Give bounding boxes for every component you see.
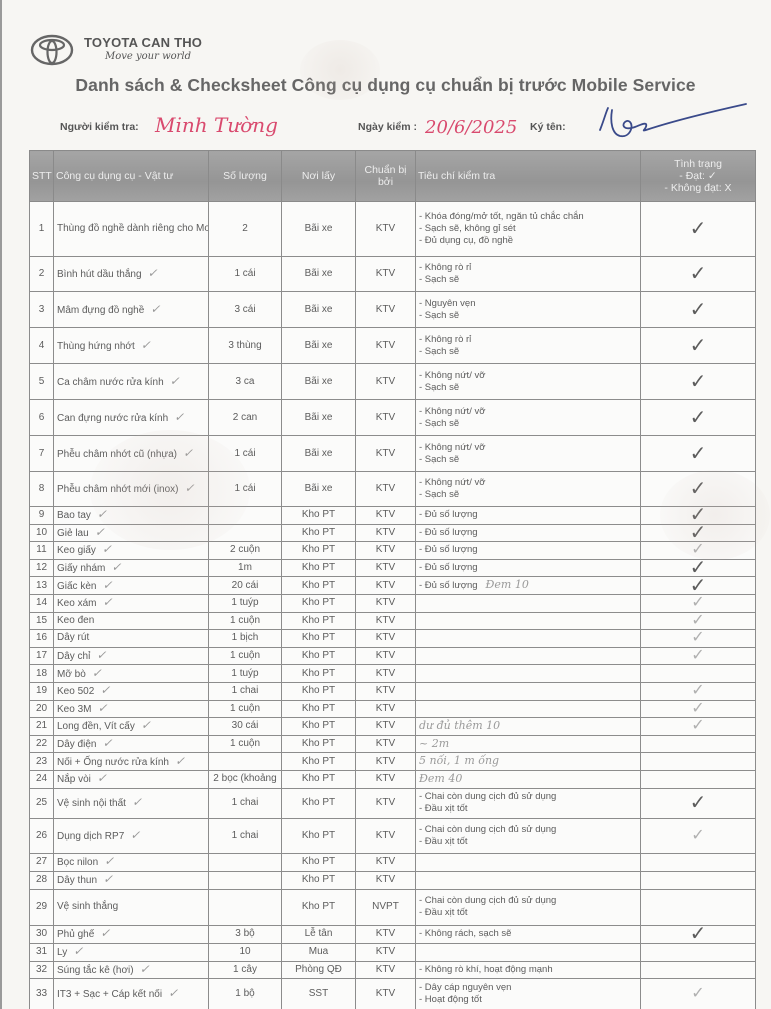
row-quantity: 1 bịch [209, 630, 282, 648]
row-status: ✓ [641, 328, 756, 364]
row-criteria [416, 665, 641, 683]
status-check-icon: ✓ [690, 524, 707, 542]
row-stt: 7 [30, 436, 54, 472]
table-row: 19Keo 502✓1 chaiKho PTKTV✓ [30, 682, 756, 700]
signature-label: Ký tên: [530, 121, 566, 133]
status-check-icon: ✓ [690, 925, 707, 943]
col-header-qty: Số lượng [209, 151, 282, 202]
row-source: Bãi xe [282, 472, 356, 507]
status-check-icon: ✓ [690, 263, 707, 285]
tool-name-text: Bình hút dầu thắng [57, 269, 142, 280]
row-stt: 27 [30, 853, 54, 871]
toyota-logo-icon [30, 34, 74, 66]
date-value: 20/6/2025 [425, 117, 517, 138]
handwritten-check-icon: ✓ [168, 986, 178, 1000]
row-prepared-by: KTV [356, 400, 416, 436]
row-criteria [416, 871, 641, 889]
signature-mark [590, 100, 750, 142]
tool-name-text: Phễu châm nhớt cũ (nhựa) [57, 449, 177, 460]
handwritten-check-icon: ✓ [150, 302, 160, 316]
row-quantity: 1 chai [209, 818, 282, 853]
tool-name-text: Ca châm nước rửa kính [57, 377, 164, 388]
handwritten-check-icon: ✓ [102, 736, 112, 750]
col-header-prepared-by: Chuẩn bị bởi [356, 151, 416, 202]
handwritten-check-icon: ✓ [100, 683, 110, 697]
row-stt: 22 [30, 735, 54, 753]
handwritten-check-icon: ✓ [92, 666, 102, 680]
row-tool-name: Nối + Ống nước rửa kính✓ [54, 753, 209, 771]
row-source: Kho PT [282, 577, 356, 595]
handwritten-check-icon: ✓ [97, 771, 107, 785]
table-row: 13Giấc kèn✓20 cáiKho PTKTV- Đủ số lượngĐ… [30, 577, 756, 595]
row-status: ✓ [641, 788, 756, 818]
row-source: Bãi xe [282, 292, 356, 328]
row-quantity: 3 thùng [209, 328, 282, 364]
row-criteria: - Chai còn dung cịch đủ sử dụng- Đầu xịt… [416, 818, 641, 853]
row-prepared-by: KTV [356, 853, 416, 871]
row-stt: 15 [30, 612, 54, 630]
table-row: 25Vệ sinh nội thất✓1 chaiKho PTKTV- Chai… [30, 788, 756, 818]
tool-name-text: IT3 + Sạc + Cáp kết nối [57, 989, 162, 1000]
row-criteria: - Đủ số lượng [416, 559, 641, 577]
row-criteria: - Không rò rỉ- Sạch sẽ [416, 328, 641, 364]
row-source: Kho PT [282, 770, 356, 788]
row-tool-name: Mâm đựng đồ nghề✓ [54, 292, 209, 328]
status-check-icon: ✓ [690, 577, 707, 595]
criteria-line: - Chai còn dung cịch đủ sử dụng [419, 824, 637, 836]
row-stt: 26 [30, 818, 54, 853]
date-label: Ngày kiểm : [358, 121, 417, 133]
row-stt: 23 [30, 753, 54, 771]
row-tool-name: Thùng hứng nhớt✓ [54, 328, 209, 364]
row-tool-name: IT3 + Sạc + Cáp kết nối✓ [54, 978, 209, 1009]
row-stt: 3 [30, 292, 54, 328]
row-prepared-by: KTV [356, 202, 416, 257]
row-status: ✓ [641, 577, 756, 595]
row-quantity: 3 ca [209, 364, 282, 400]
row-prepared-by: KTV [356, 665, 416, 683]
criteria-line: - Sạch sẽ [419, 489, 637, 501]
row-status: ✓ [641, 718, 756, 736]
status-check-icon: ✓ [691, 647, 704, 664]
status-check-icon: ✓ [690, 507, 707, 525]
status-check-icon: ✓ [690, 371, 707, 393]
handwritten-check-icon: ✓ [97, 507, 107, 521]
row-stt: 14 [30, 594, 54, 612]
criteria-line: - Không rò rỉ [419, 262, 637, 274]
row-quantity: 1 cái [209, 472, 282, 507]
handwritten-note: 5 nối, 1 m ống [419, 754, 499, 767]
tool-name-text: Can đựng nước rửa kính [57, 413, 168, 424]
inspector-value: Minh Tường [155, 113, 278, 137]
row-quantity [209, 889, 282, 925]
row-tool-name: Ly✓ [54, 943, 209, 961]
row-prepared-by: KTV [356, 943, 416, 961]
status-check-icon: ✓ [690, 478, 707, 500]
row-source: Kho PT [282, 718, 356, 736]
tool-name-text: Vệ sinh nội thất [57, 798, 126, 809]
row-tool-name: Dây điện✓ [54, 735, 209, 753]
tool-name-text: Dây điện [57, 739, 96, 750]
row-prepared-by: NVPT [356, 889, 416, 925]
row-quantity: 2 [209, 202, 282, 257]
handwritten-check-icon: ✓ [95, 525, 105, 539]
row-quantity: 1 chai [209, 682, 282, 700]
row-tool-name: Long đền, Vít cấy✓ [54, 718, 209, 736]
row-prepared-by: KTV [356, 735, 416, 753]
table-row: 32Súng tắc kê (hơi)✓1 câyPhòng QĐKTV- Kh… [30, 961, 756, 978]
handwritten-note: Đem 40 [419, 772, 462, 785]
tool-name-text: Nắp vòi [57, 774, 91, 785]
row-source: Phòng QĐ [282, 961, 356, 978]
row-prepared-by: KTV [356, 718, 416, 736]
criteria-line: - Đầu xịt tốt [419, 803, 637, 815]
row-quantity [209, 753, 282, 771]
tool-name-text: Keo 3M [57, 704, 91, 715]
criteria-line: - Đầu xịt tốt [419, 836, 637, 848]
criteria-line: - Đủ số lượng [419, 527, 637, 539]
row-stt: 2 [30, 257, 54, 292]
row-quantity: 1 cuộn [209, 612, 282, 630]
row-stt: 33 [30, 978, 54, 1009]
row-source: Kho PT [282, 853, 356, 871]
row-criteria: - Không rò khí, hoạt động mạnh [416, 961, 641, 978]
row-source: Kho PT [282, 788, 356, 818]
tool-name-text: Bao tay [57, 510, 91, 521]
row-prepared-by: KTV [356, 594, 416, 612]
row-stt: 19 [30, 682, 54, 700]
row-prepared-by: KTV [356, 770, 416, 788]
tool-name-text: Thùng đồ nghề dành riêng cho Mobile [57, 223, 209, 234]
page-edge [0, 0, 2, 1009]
row-tool-name: Giấc kèn✓ [54, 577, 209, 595]
row-prepared-by: KTV [356, 961, 416, 978]
handwritten-check-icon: ✓ [132, 795, 142, 809]
row-status [641, 735, 756, 753]
table-row: 20Keo 3M✓1 cuộnKho PTKTV✓ [30, 700, 756, 718]
row-status [641, 889, 756, 925]
row-prepared-by: KTV [356, 682, 416, 700]
row-criteria: - Khóa đóng/mở tốt, ngăn tủ chắc chắn- S… [416, 202, 641, 257]
row-status: ✓ [641, 292, 756, 328]
status-legend-fail: - Không đạt: X [643, 182, 753, 194]
tool-name-text: Vệ sinh thắng [57, 901, 118, 912]
handwritten-check-icon: ✓ [130, 828, 140, 842]
row-status: ✓ [641, 364, 756, 400]
row-prepared-by: KTV [356, 292, 416, 328]
row-status [641, 770, 756, 788]
row-criteria: - Đủ số lượng [416, 507, 641, 525]
status-check-icon: ✓ [691, 985, 704, 1002]
row-source: Kho PT [282, 682, 356, 700]
row-source: Kho PT [282, 647, 356, 665]
row-tool-name: Giấy nhám✓ [54, 559, 209, 577]
row-criteria: - Không rò rỉ- Sạch sẽ [416, 257, 641, 292]
row-quantity: 1m [209, 559, 282, 577]
table-row: 31Ly✓10MuaKTV [30, 943, 756, 961]
criteria-line: - Đủ số lượngĐem 10 [419, 579, 637, 592]
row-stt: 5 [30, 364, 54, 400]
row-criteria: - Chai còn dung cịch đủ sử dụng- Đầu xịt… [416, 889, 641, 925]
tool-name-text: Giấc kèn [57, 581, 96, 592]
row-prepared-by: KTV [356, 328, 416, 364]
row-quantity: 1 cái [209, 436, 282, 472]
table-row: 1Thùng đồ nghề dành riêng cho Mobile2Bãi… [30, 202, 756, 257]
handwritten-check-icon: ✓ [175, 754, 185, 768]
row-stt: 6 [30, 400, 54, 436]
row-tool-name: Keo giấy✓ [54, 542, 209, 560]
table-row: 11Keo giấy✓2 cuộnKho PTKTV- Đủ số lượng✓ [30, 542, 756, 560]
tool-name-text: Phủ ghế [57, 929, 94, 940]
row-criteria [416, 700, 641, 718]
row-source: Kho PT [282, 594, 356, 612]
row-tool-name: Bọc nilon✓ [54, 853, 209, 871]
row-source: Kho PT [282, 542, 356, 560]
row-status: ✓ [641, 472, 756, 507]
handwritten-check-icon: ✓ [100, 926, 110, 940]
document-title: Danh sách & Checksheet Công cụ dụng cụ c… [0, 75, 771, 96]
row-quantity: 1 cây [209, 961, 282, 978]
criteria-line: - Đủ số lượng [419, 509, 637, 521]
row-criteria: - Không nứt/ vỡ- Sạch sẽ [416, 364, 641, 400]
criteria-line: - Không nứt/ vỡ [419, 370, 637, 382]
handwritten-check-icon: ✓ [141, 718, 151, 732]
tool-name-text: Phễu châm nhớt mới (inox) [57, 484, 179, 495]
row-status: ✓ [641, 542, 756, 560]
row-criteria [416, 612, 641, 630]
tool-name-text: Keo xám [57, 598, 96, 609]
handwritten-check-icon: ✓ [104, 854, 114, 868]
row-quantity: 1 cuộn [209, 735, 282, 753]
table-row: 15Keo đen1 cuộnKho PTKTV✓ [30, 612, 756, 630]
row-prepared-by: KTV [356, 577, 416, 595]
row-source: Kho PT [282, 524, 356, 542]
handwritten-check-icon: ✓ [148, 266, 158, 280]
row-tool-name: Giẻ lau✓ [54, 524, 209, 542]
row-quantity: 2 bọc (khoảng [209, 770, 282, 788]
criteria-line: - Sạch sẽ, không gỉ sét [419, 223, 637, 235]
handwritten-note: dư đủ thêm 10 [419, 719, 500, 732]
row-quantity: 1 cuộn [209, 700, 282, 718]
row-stt: 11 [30, 542, 54, 560]
row-stt: 4 [30, 328, 54, 364]
row-source: Bãi xe [282, 436, 356, 472]
criteria-line: - Sạch sẽ [419, 382, 637, 394]
row-source: Kho PT [282, 507, 356, 525]
row-stt: 20 [30, 700, 54, 718]
row-source: Kho PT [282, 700, 356, 718]
row-status: ✓ [641, 630, 756, 648]
row-prepared-by: KTV [356, 507, 416, 525]
row-source: Kho PT [282, 559, 356, 577]
row-criteria: - Dây cáp nguyên vẹn- Hoạt động tốt [416, 978, 641, 1009]
criteria-line: - Khóa đóng/mở tốt, ngăn tủ chắc chắn [419, 211, 637, 223]
tool-name-text: Dây chỉ [57, 651, 90, 662]
tool-name-text: Keo giấy [57, 545, 96, 556]
col-header-criteria: Tiêu chí kiểm tra [416, 151, 641, 202]
brand-tagline: Move your world [105, 51, 191, 62]
row-status: ✓ [641, 700, 756, 718]
row-tool-name: Thùng đồ nghề dành riêng cho Mobile [54, 202, 209, 257]
row-status: ✓ [641, 682, 756, 700]
row-quantity: 1 tuýp [209, 594, 282, 612]
row-source: Bãi xe [282, 328, 356, 364]
status-check-icon: ✓ [690, 299, 707, 321]
row-tool-name: Keo 3M✓ [54, 700, 209, 718]
row-tool-name: Bao tay✓ [54, 507, 209, 525]
row-tool-name: Vệ sinh thắng [54, 889, 209, 925]
row-stt: 17 [30, 647, 54, 665]
row-quantity: 3 cái [209, 292, 282, 328]
criteria-line: - Đủ số lượng [419, 562, 637, 574]
row-quantity: 10 [209, 943, 282, 961]
row-status: ✓ [641, 436, 756, 472]
row-stt: 16 [30, 630, 54, 648]
row-criteria: - Đủ số lượng [416, 542, 641, 560]
table-row: 16Dây rút1 bịchKho PTKTV✓ [30, 630, 756, 648]
status-check-icon: ✓ [690, 335, 707, 357]
criteria-line: - Hoạt động tốt [419, 994, 637, 1006]
row-tool-name: Phủ ghế✓ [54, 925, 209, 943]
row-tool-name: Bình hút dầu thắng✓ [54, 257, 209, 292]
row-prepared-by: KTV [356, 818, 416, 853]
row-criteria [416, 853, 641, 871]
col-header-status: Tình trạng - Đạt: ✓ - Không đạt: X [641, 151, 756, 202]
row-status: ✓ [641, 559, 756, 577]
handwritten-check-icon: ✓ [140, 962, 150, 976]
row-status [641, 961, 756, 978]
row-stt: 18 [30, 665, 54, 683]
row-prepared-by: KTV [356, 978, 416, 1009]
row-prepared-by: KTV [356, 559, 416, 577]
row-source: Bãi xe [282, 400, 356, 436]
table-row: 3Mâm đựng đồ nghề✓3 cáiBãi xeKTV- Nguyên… [30, 292, 756, 328]
handwritten-check-icon: ✓ [97, 701, 107, 715]
row-stt: 28 [30, 871, 54, 889]
row-prepared-by: KTV [356, 364, 416, 400]
tool-name-text: Mâm đựng đồ nghề [57, 305, 144, 316]
row-tool-name: Dây chỉ✓ [54, 647, 209, 665]
row-quantity: 20 cái [209, 577, 282, 595]
row-criteria: 5 nối, 1 m ống [416, 753, 641, 771]
row-prepared-by: KTV [356, 257, 416, 292]
checksheet-table: STT Công cụ dụng cụ - Vật tư Số lượng Nơ… [29, 150, 756, 1009]
table-row: 21Long đền, Vít cấy✓30 cáiKho PTKTVdư đủ… [30, 718, 756, 736]
tool-name-text: Súng tắc kê (hơi) [57, 965, 134, 976]
table-row: 7Phễu châm nhớt cũ (nhựa)✓1 cáiBãi xeKTV… [30, 436, 756, 472]
row-source: Kho PT [282, 612, 356, 630]
handwritten-check-icon: ✓ [174, 410, 184, 424]
tool-name-text: Thùng hứng nhớt [57, 341, 135, 352]
handwritten-check-icon: ✓ [96, 648, 106, 662]
table-row: 30Phủ ghế✓3 bộLễ tânKTV- Không rách, sạc… [30, 925, 756, 943]
tool-name-text: Nối + Ống nước rửa kính [57, 757, 169, 768]
row-tool-name: Keo xám✓ [54, 594, 209, 612]
row-prepared-by: KTV [356, 472, 416, 507]
table-row: 14Keo xám✓1 tuýpKho PTKTV✓ [30, 594, 756, 612]
handwritten-note: Đem 10 [486, 578, 529, 591]
tool-name-text: Keo đen [57, 615, 94, 626]
row-status [641, 665, 756, 683]
row-criteria: - Không nứt/ vỡ- Sạch sẽ [416, 472, 641, 507]
row-stt: 30 [30, 925, 54, 943]
row-stt: 8 [30, 472, 54, 507]
tool-name-text: Mỡ bò [57, 669, 86, 680]
row-quantity: 30 cái [209, 718, 282, 736]
criteria-line: - Không rò khí, hoạt động mạnh [419, 964, 637, 976]
table-body: 1Thùng đồ nghề dành riêng cho Mobile2Bãi… [30, 202, 756, 1009]
status-legend-ok: - Đạt: ✓ [643, 170, 753, 182]
row-source: Bãi xe [282, 364, 356, 400]
row-quantity: 1 chai [209, 788, 282, 818]
status-check-icon: ✓ [690, 792, 707, 814]
table-row: 5Ca châm nước rửa kính✓3 caBãi xeKTV- Kh… [30, 364, 756, 400]
row-criteria [416, 647, 641, 665]
row-source: Bãi xe [282, 257, 356, 292]
row-stt: 13 [30, 577, 54, 595]
handwritten-check-icon: ✓ [102, 542, 112, 556]
status-check-icon: ✓ [691, 542, 704, 559]
handwritten-note: ~ 2m [419, 737, 449, 750]
table-row: 8Phễu châm nhớt mới (inox)✓1 cáiBãi xeKT… [30, 472, 756, 507]
table-row: 29Vệ sinh thắngKho PTNVPT- Chai còn dung… [30, 889, 756, 925]
row-stt: 24 [30, 770, 54, 788]
row-status [641, 753, 756, 771]
row-source: Bãi xe [282, 202, 356, 257]
row-status: ✓ [641, 978, 756, 1009]
handwritten-check-icon: ✓ [141, 338, 151, 352]
row-criteria: - Chai còn dung cịch đủ sử dụng- Đầu xịt… [416, 788, 641, 818]
criteria-line: - Không rách, sạch sẽ [419, 928, 637, 940]
row-status: ✓ [641, 507, 756, 525]
tool-name-text: Dây rút [57, 632, 89, 643]
row-source: Kho PT [282, 630, 356, 648]
status-check-icon: ✓ [691, 718, 704, 735]
criteria-line: - Chai còn dung cịch đủ sử dụng [419, 895, 637, 907]
row-quantity: 1 cuộn [209, 647, 282, 665]
row-criteria: - Nguyên vẹn- Sạch sẽ [416, 292, 641, 328]
handwritten-check-icon: ✓ [102, 578, 112, 592]
row-criteria: dư đủ thêm 10 [416, 718, 641, 736]
row-criteria: - Không nứt/ vỡ- Sạch sẽ [416, 436, 641, 472]
row-tool-name: Dây thun✓ [54, 871, 209, 889]
status-check-icon: ✓ [691, 594, 704, 611]
criteria-line: - Không rò rỉ [419, 334, 637, 346]
status-check-icon: ✓ [690, 218, 707, 240]
row-prepared-by: KTV [356, 788, 416, 818]
status-check-icon: ✓ [690, 407, 707, 429]
row-quantity: 2 can [209, 400, 282, 436]
row-quantity [209, 524, 282, 542]
row-stt: 12 [30, 559, 54, 577]
row-status [641, 853, 756, 871]
inspector-label: Người kiểm tra: [60, 121, 139, 133]
row-source: Kho PT [282, 665, 356, 683]
row-tool-name: Keo đen [54, 612, 209, 630]
table-row: 6Can đựng nước rửa kính✓2 canBãi xeKTV- … [30, 400, 756, 436]
col-header-stt: STT [30, 151, 54, 202]
row-status [641, 871, 756, 889]
row-tool-name: Phễu châm nhớt cũ (nhựa)✓ [54, 436, 209, 472]
row-criteria: - Đủ số lượng [416, 524, 641, 542]
tool-name-text: Giẻ lau [57, 528, 89, 539]
row-tool-name: Phễu châm nhớt mới (inox)✓ [54, 472, 209, 507]
tool-name-text: Dây thun [57, 875, 97, 886]
row-status: ✓ [641, 925, 756, 943]
criteria-line: - Đủ số lượng [419, 544, 637, 556]
table-header-row: STT Công cụ dụng cụ - Vật tư Số lượng Nơ… [30, 151, 756, 202]
handwritten-check-icon: ✓ [183, 446, 193, 460]
